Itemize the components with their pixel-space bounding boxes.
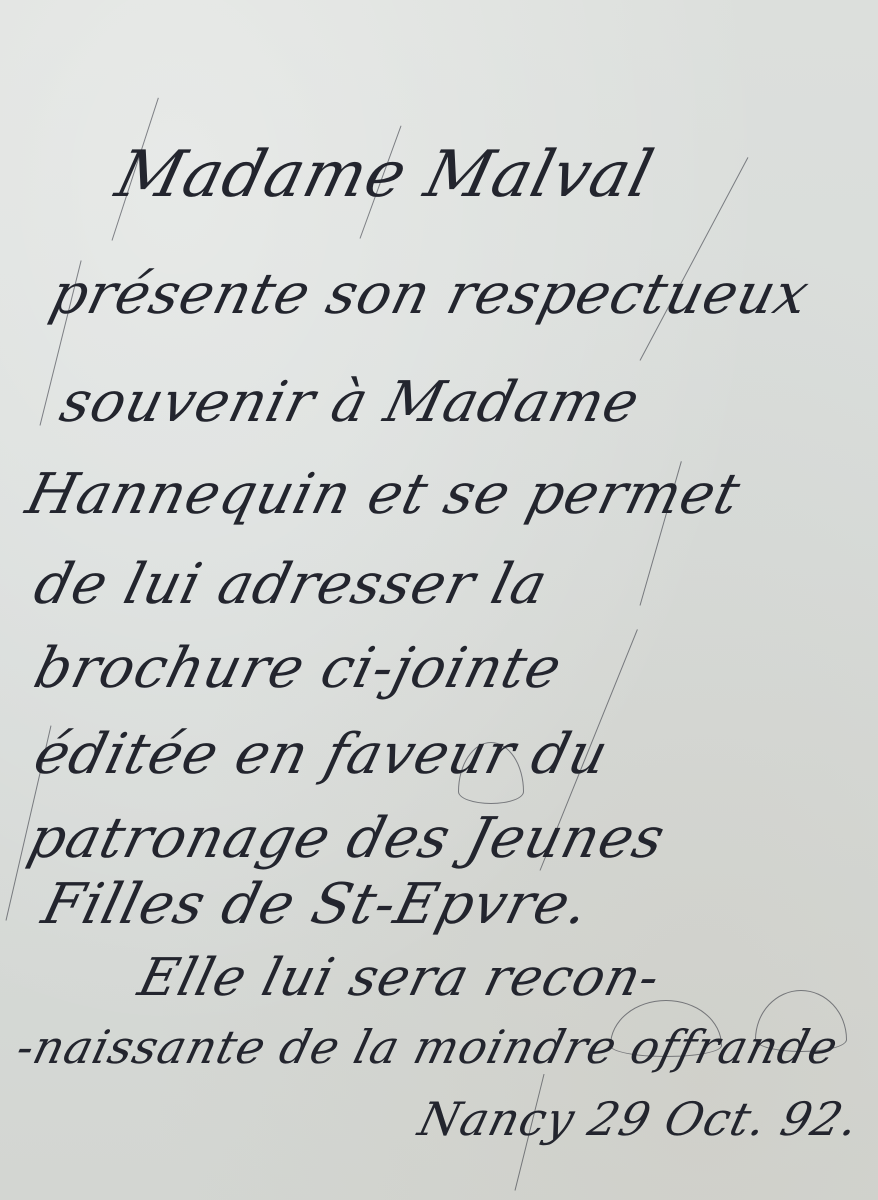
dateline: Nancy 29 Oct. 92.: [420, 1092, 858, 1146]
letter-line-text: patronage des Jeunes: [22, 806, 672, 871]
letter-line-text: Filles de St-Epvre.: [36, 872, 596, 937]
letter-line-text: brochure ci-jointe: [28, 636, 569, 701]
letter-line-text: de lui adresser la: [28, 552, 554, 617]
letter-line-8: patronage des Jeunes: [30, 806, 664, 871]
letter-line-4: Hannequin et se permet: [28, 462, 739, 527]
letter-line-text: Elle lui sera recon-: [133, 948, 667, 1008]
letter-line-10: Elle lui sera recon-: [140, 948, 659, 1008]
letter-line-text: Hannequin et se permet: [20, 462, 747, 527]
letter-line-text: présente son respectueux: [44, 262, 816, 327]
letter-line-text: Madame Malval: [109, 138, 661, 212]
letter-line-text: éditée en faveur du: [28, 722, 615, 787]
letter-line-text: -naissante de la moindre offrande: [11, 1020, 844, 1074]
letter-line-7: éditée en faveur du: [36, 722, 607, 787]
letter-line-2: présente son respectueux: [52, 262, 808, 327]
letter-line-1: Madame Malval: [118, 138, 652, 212]
letter-line-6: brochure ci-jointe: [36, 636, 560, 701]
letter-line-text: souvenir à Madame: [54, 370, 646, 435]
letter-line-9: Filles de St-Epvre.: [44, 872, 588, 937]
flourish-stroke: [640, 157, 749, 361]
dateline-text: Nancy 29 Oct. 92.: [413, 1092, 865, 1146]
letter-line-5: de lui adresser la: [36, 552, 546, 617]
letter-page: Madame Malval présente son respectueux s…: [0, 0, 878, 1200]
letter-line-11: -naissante de la moindre offrande: [18, 1020, 837, 1074]
letter-line-3: souvenir à Madame: [62, 370, 638, 435]
